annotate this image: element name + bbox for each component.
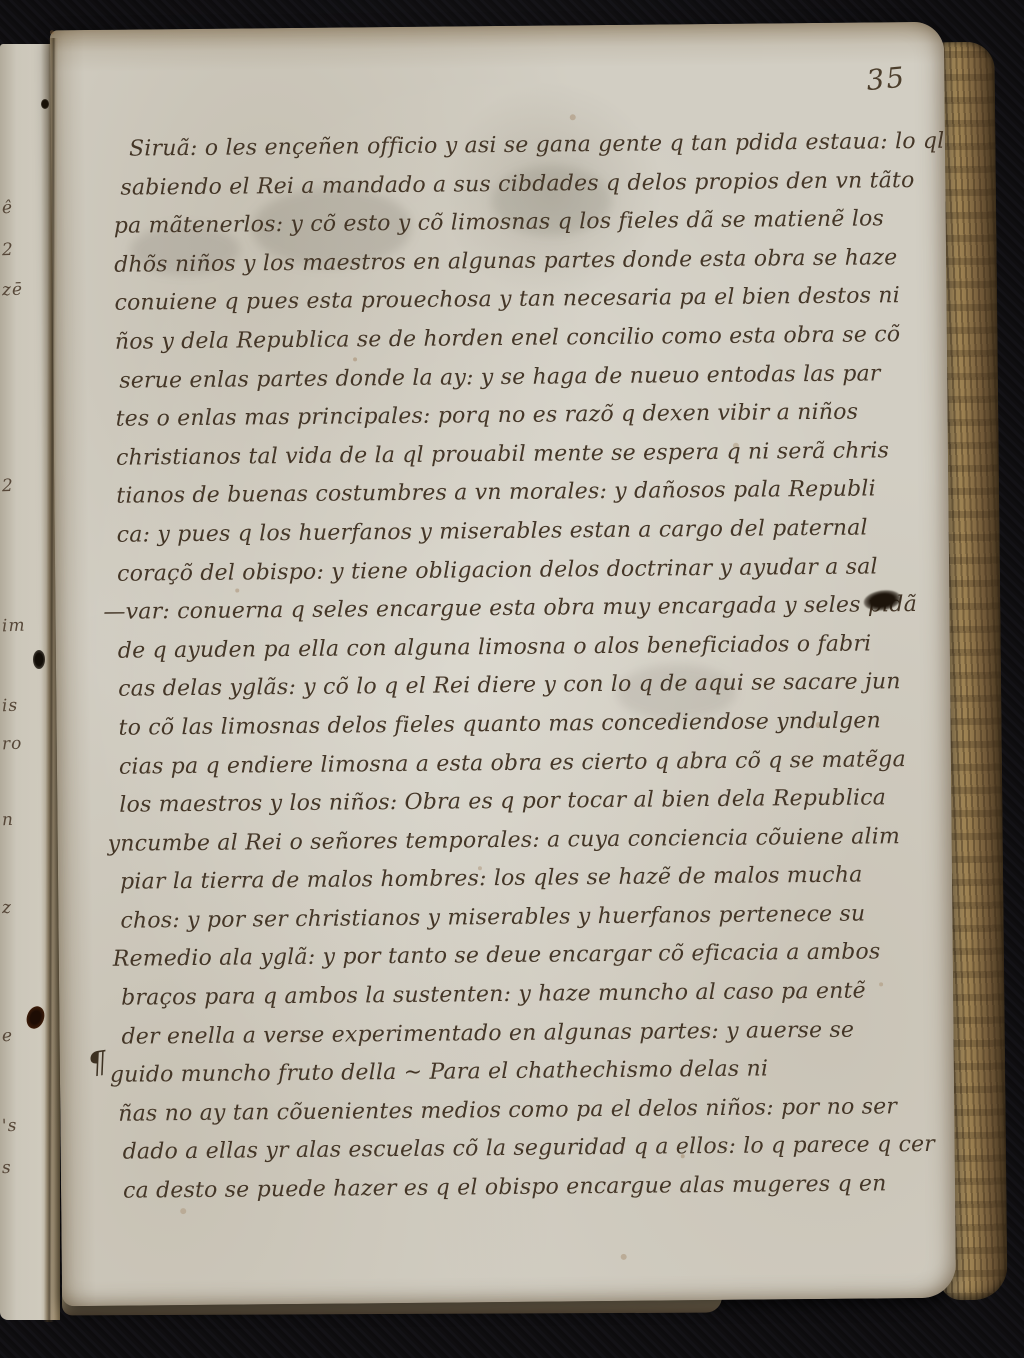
manuscript-line: ca desto se puede hazer es q el obispo e… — [123, 1165, 957, 1212]
margin-text-fragment: z — [2, 898, 13, 918]
margin-text-fragment: ê — [2, 198, 14, 218]
margin-text-fragment: s — [2, 1158, 12, 1178]
margin-text-fragment: im — [2, 616, 26, 637]
margin-text-fragment: 's — [2, 1116, 18, 1137]
manuscript-text-block: Siruã: o les ençeñen officio y asi se ga… — [113, 123, 957, 1212]
pilcrow-mark: ¶ — [85, 1045, 109, 1082]
manuscript-photo: ê 2 zē 2 im is ro n z e 's s 35 Siruã: o… — [0, 0, 1024, 1358]
folio-number: 35 — [865, 60, 908, 97]
foxing-spots — [50, 30, 54, 34]
margin-text-fragment: 2 — [2, 240, 15, 260]
margin-text-fragment: e — [2, 1026, 14, 1046]
margin-text-fragment: n — [2, 810, 15, 830]
manuscript-page: 35 Siruã: o les ençeñen officio y asi se… — [50, 22, 956, 1307]
margin-text-fragment: ro — [2, 734, 23, 755]
wormhole — [33, 650, 45, 669]
margin-text-fragment: zē — [2, 280, 24, 301]
margin-text-fragment: 2 — [2, 476, 15, 496]
wormhole — [41, 99, 49, 109]
margin-text-fragment: is — [2, 696, 19, 717]
